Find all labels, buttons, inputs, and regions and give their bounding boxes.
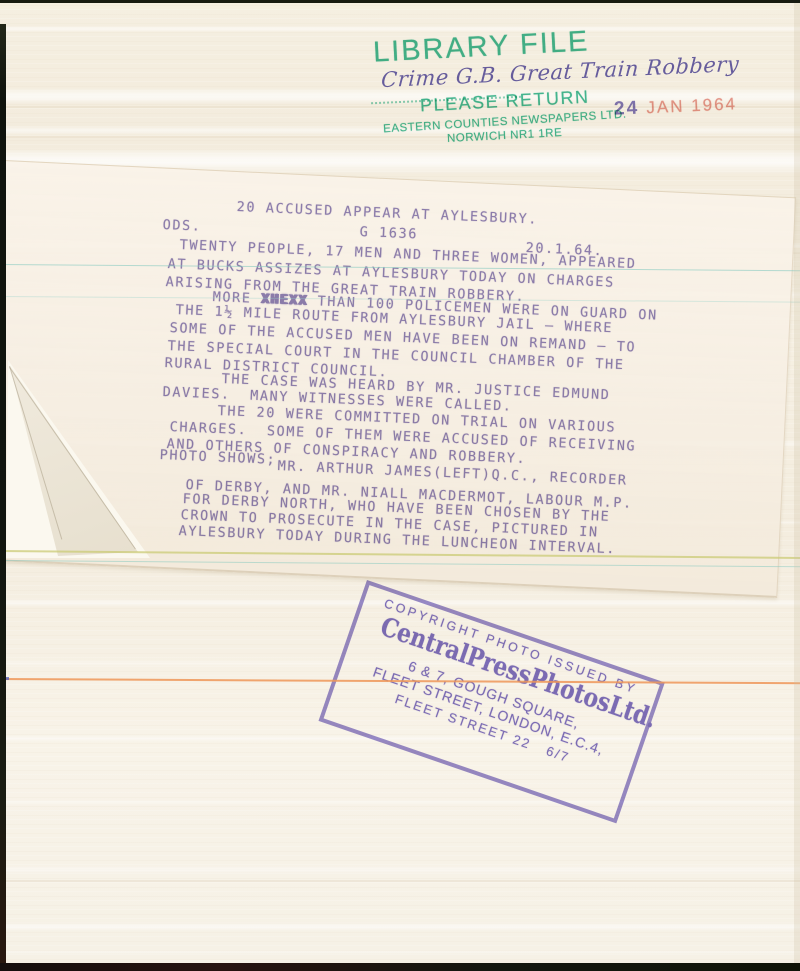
date-month-year: JAN 1964 <box>646 94 737 117</box>
date-day: 24 <box>614 97 647 119</box>
caption-line: ODS. <box>162 217 202 235</box>
photo-back-scan: 20 ACCUSED APPEAR AT AYLESBURY.ODS.G 163… <box>0 0 800 971</box>
caption-line: G 1636 <box>359 224 418 242</box>
